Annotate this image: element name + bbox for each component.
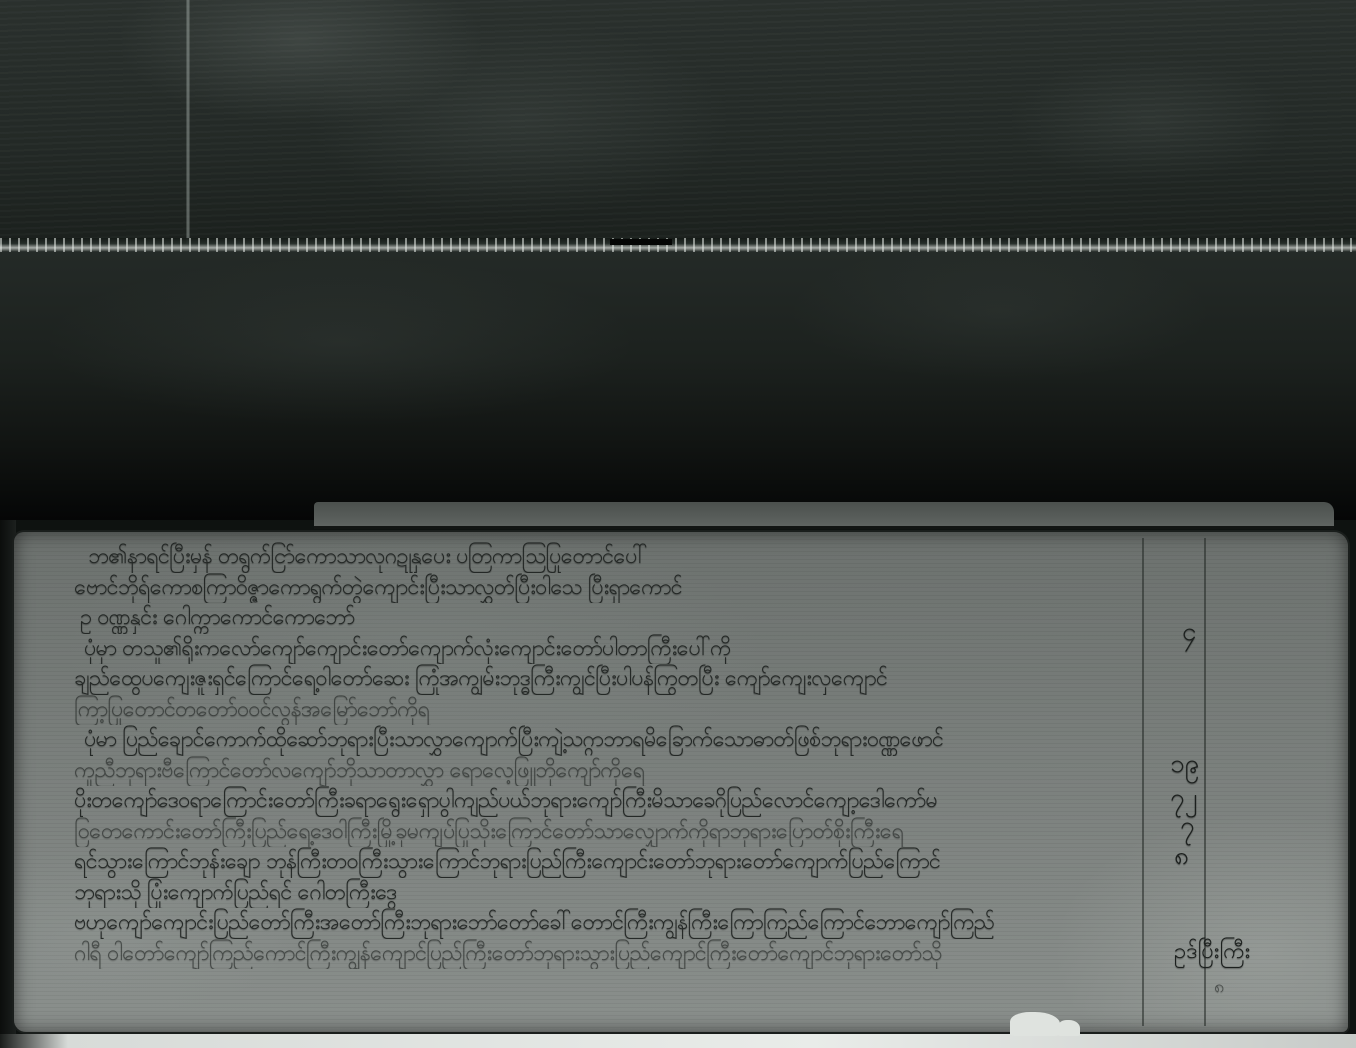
margin-rule-left	[1142, 538, 1144, 1026]
manuscript-text: ဘ၏နာရင်ပြီးမှန် တရွက်ငြာ်ကောသာလုဂဍုနှပေး…	[74, 542, 1134, 969]
text-line: ပုံမှာ တသူ၏ရိုးကလော်ကျော်ကျောင်းတော်ကျော…	[74, 634, 1134, 665]
text-line: ရင်သွားကြောင်ဘုန်းချော ဘုန်ကြီးတဝကြီးသွာ…	[74, 847, 1134, 878]
wooden-board-upper	[0, 0, 1356, 244]
text-line: ပိုးတကျော်ဒေဝရာကြောင်းတော်ကြီးခရာရွေးရှေ…	[74, 786, 1134, 817]
wooden-board-lower	[0, 252, 1356, 520]
leaf-upper-edge	[314, 502, 1334, 529]
folio-mark: ၈	[1214, 974, 1224, 1001]
margin-column: ၄ ၁၉ ၇၂ ၇ ၈ ဥဒ်ပြီးကြီး ၈	[1154, 532, 1334, 1032]
text-line: ဝြဝောကောင်းတော်ကြီးပြည်ရေ့ဒေဝါကြီးမြို့ခ…	[74, 817, 1134, 848]
leaf-damage	[1058, 1020, 1080, 1036]
table-surface	[0, 1034, 1356, 1048]
text-line: ဘ၏နာရင်ပြီးမှန် တရွက်ငြာ်ကောသာလုဂဍုနှပေး…	[74, 542, 1134, 573]
board-edge	[0, 238, 1356, 252]
text-line: ချည်ထွေပကျေးဇူးရှင်ကြောင်ရေ့ဝါတော်ဆေး ကြ…	[74, 664, 1134, 695]
text-line: ပုံမာ ပြည်ချောင်ကောက်ထိုဆော်ဘုရားပြီးသာလ…	[74, 725, 1134, 756]
folio-mark: ဥဒ်ပြီးကြီး	[1174, 936, 1250, 969]
folio-mark: ၈	[1174, 838, 1189, 877]
leaf-damage	[1010, 1012, 1060, 1036]
text-line: ဗဟုကျော်ကျောင်းပြည်တော်ကြီးအတော်ကြီးဘုရာ…	[74, 908, 1134, 939]
text-line: ဥ ဝဏ္ဏနှင်း ဂေါက္ကာကောင်ကောဘော်	[74, 603, 1134, 634]
board-seam	[186, 0, 190, 244]
text-line: ဗောင်ဘိုရ်ကောစကြာဝိဇ္ဇာကောရွက်တွဲကျောင်း…	[74, 573, 1134, 604]
text-line: ဂါရီ ဝါတော်ကျော်ကြည်ကောင်ကြီးကျွန်ကျောင်…	[74, 939, 1134, 970]
text-line: ဘုရားသို ပြုံးကျောက်ပြည်ရင် ဂေါတကြီးဒွေ	[74, 878, 1134, 909]
manuscript-leaf: ဘ၏နာရင်ပြီးမှန် တရွက်ငြာ်ကောသာလုဂဍုနှပေး…	[14, 532, 1348, 1032]
text-line: ကြာ့ပြုတောင်တတော်ဝဝင်လွန်အမြော်ဘော်ကိုရ	[74, 695, 1134, 726]
board-gap	[610, 239, 672, 245]
folio-mark: ၄	[1182, 614, 1197, 653]
text-line: ကူညီဘုရားဗီကြောင်တော်လကျော်ဘိုသာတာလွှာ ရ…	[74, 756, 1134, 787]
